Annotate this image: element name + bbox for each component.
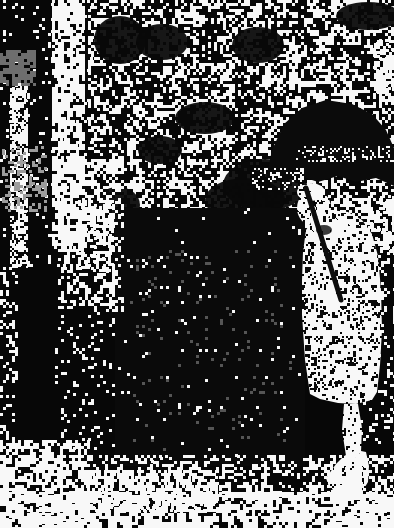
photo-frame	[0, 0, 394, 528]
halftone-photo-canvas	[0, 0, 394, 528]
